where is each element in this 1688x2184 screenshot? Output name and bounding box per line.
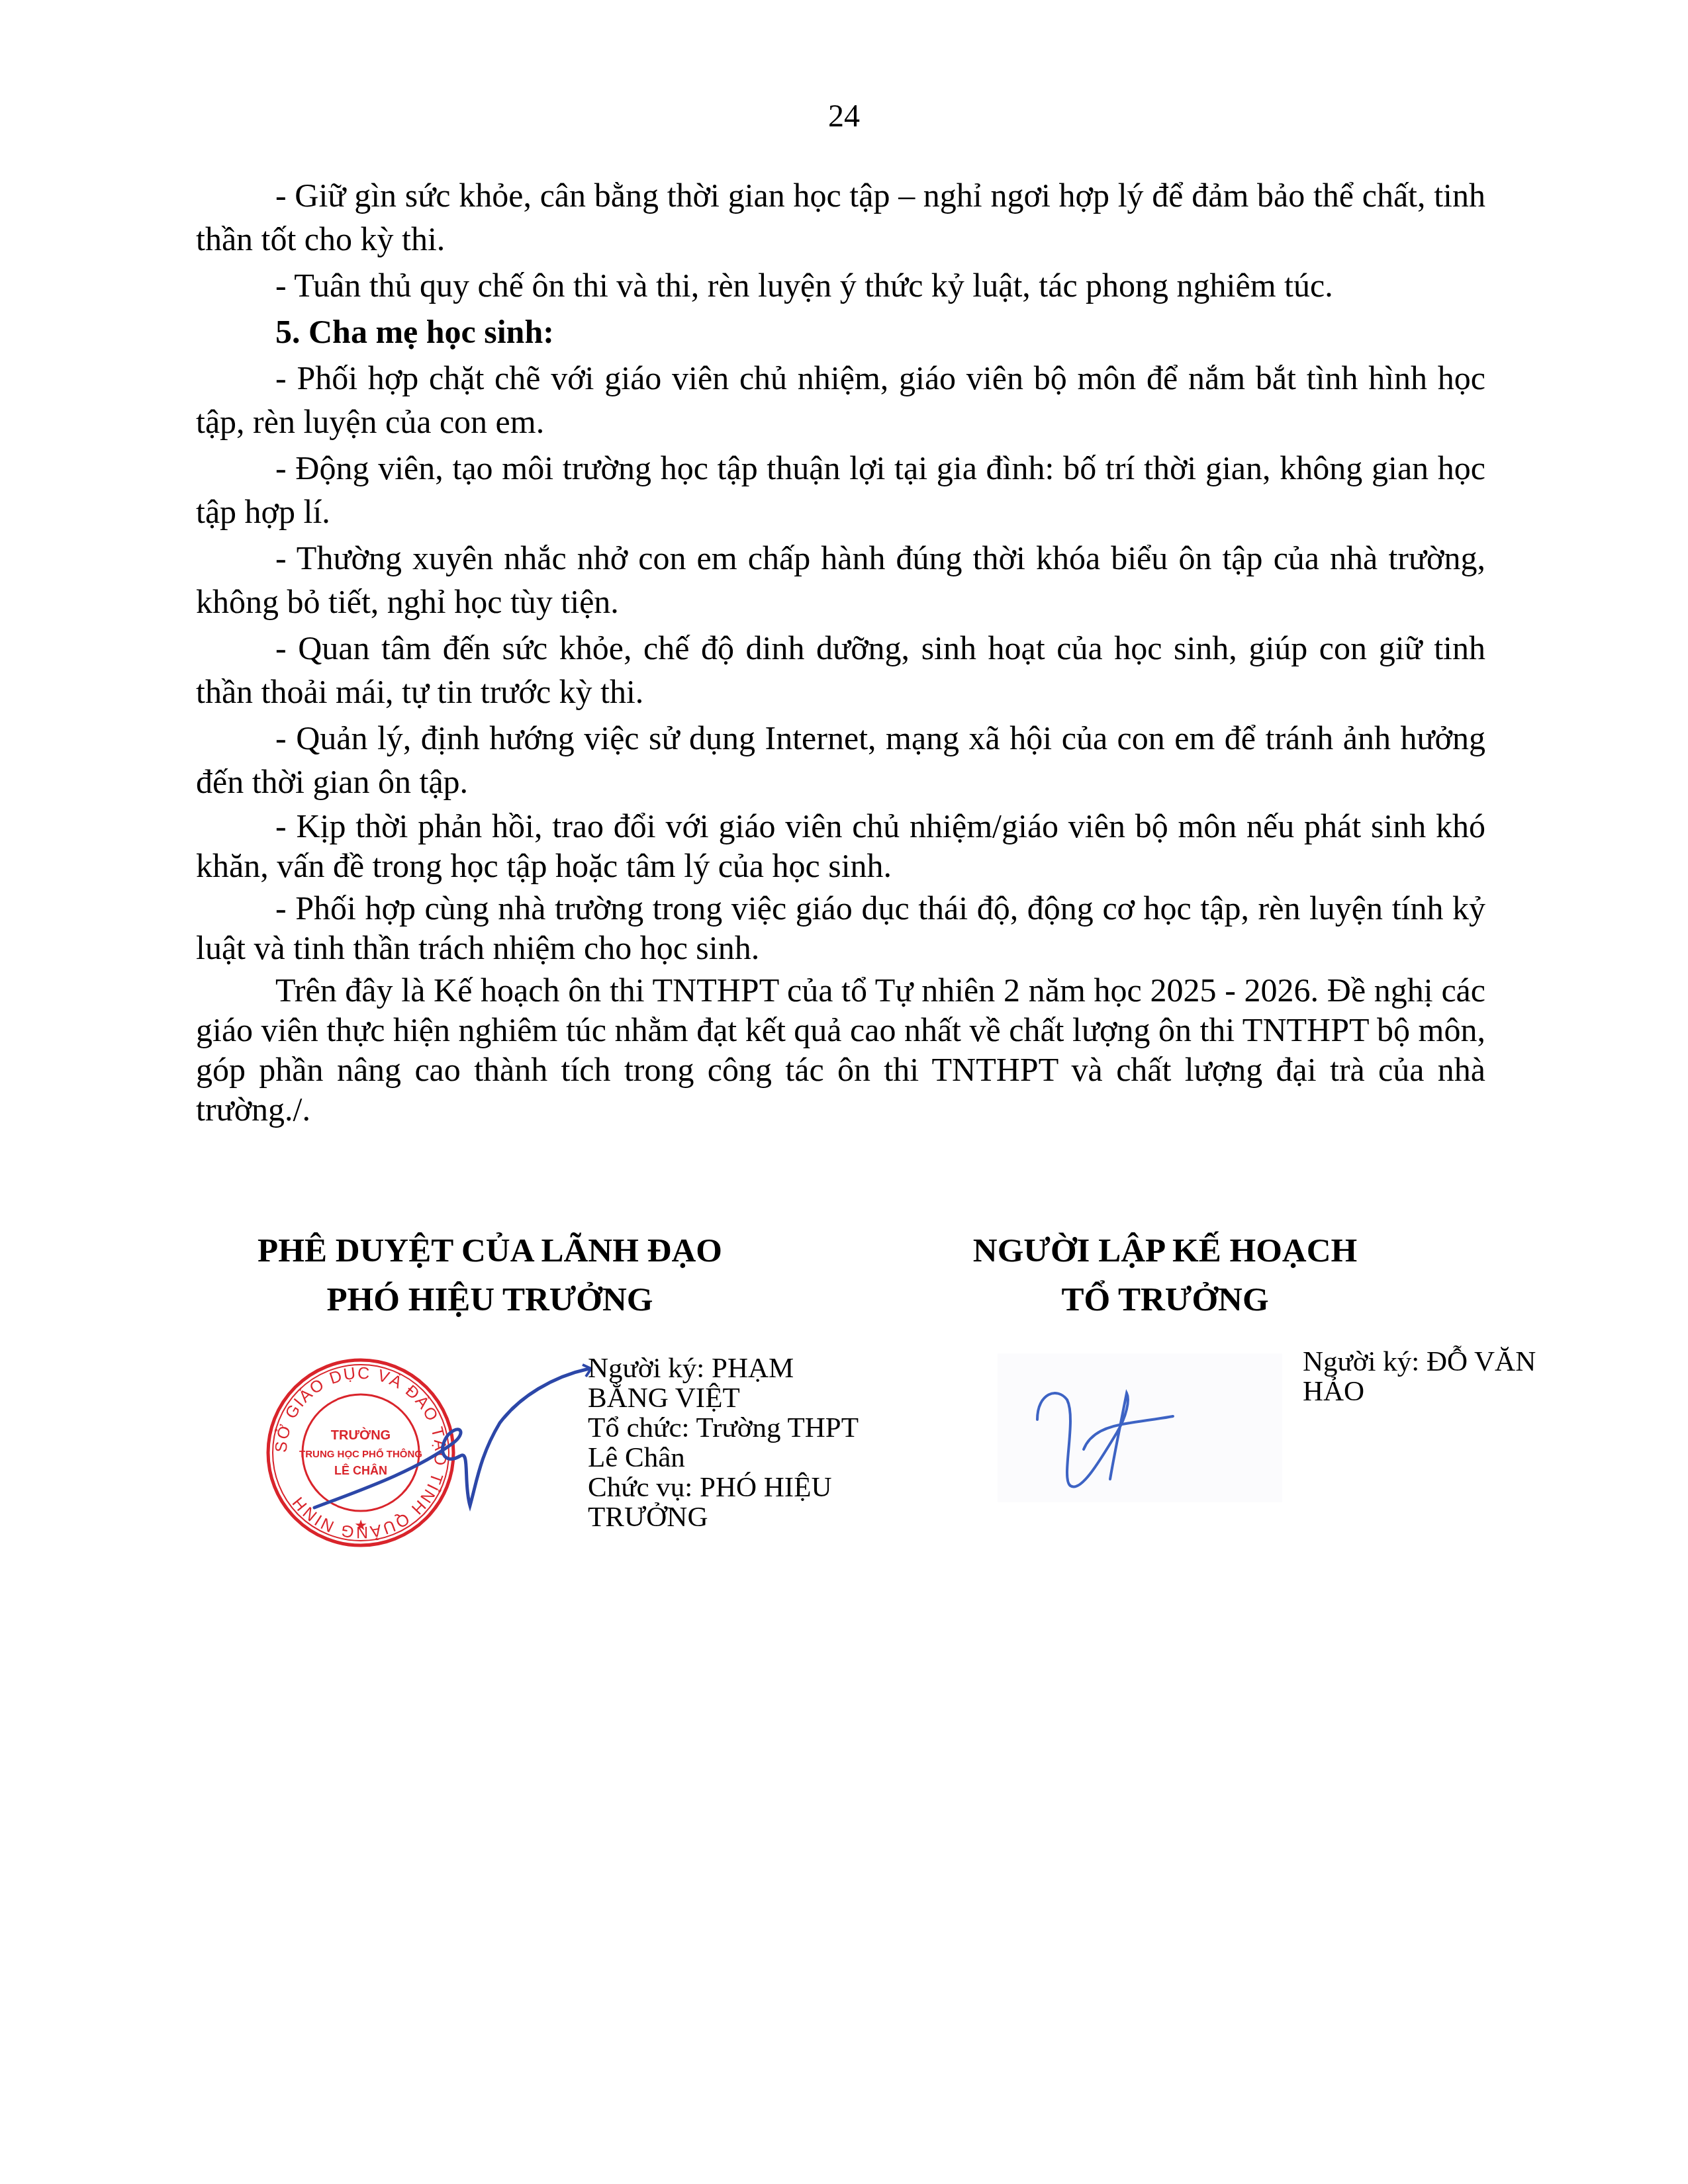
page-number: 24	[0, 98, 1688, 134]
planner-heading: NGƯỜI LẬP KẾ HOẠCH TỔ TRƯỞNG	[900, 1226, 1430, 1324]
section-heading-parents: 5. Cha mẹ học sinh:	[196, 310, 1485, 353]
paragraph-health: - Giữ gìn sức khỏe, cân bằng thời gian h…	[196, 173, 1485, 261]
right-signer-info: Người ký: ĐỖ VĂN HẢO	[1303, 1347, 1581, 1406]
planner-role: TỔ TRƯỞNG	[900, 1275, 1430, 1324]
signer-name-line-2: BẰNG VIỆT	[588, 1383, 879, 1413]
left-signer-info: Người ký: PHẠM BẰNG VIỆT Tổ chức: Trường…	[588, 1353, 879, 1532]
conclusion-paragraph: Trên đây là Kế hoạch ôn thi TNTHPT của t…	[196, 970, 1485, 1129]
signer-name-line-1: Người ký: PHẠM	[588, 1353, 879, 1383]
department-head-signature-box	[998, 1353, 1282, 1502]
signer-name-line-1: Người ký: ĐỖ VĂN	[1303, 1347, 1581, 1377]
paragraph-discipline: - Tuân thủ quy chế ôn thi và thi, rèn lu…	[196, 263, 1485, 307]
parent-item-remind: - Thường xuyên nhắc nhở con em chấp hành…	[196, 536, 1485, 623]
parent-item-health: - Quan tâm đến sức khỏe, chế độ dinh dưỡ…	[196, 626, 1485, 713]
department-head-signature-icon	[998, 1353, 1282, 1502]
document-body: - Giữ gìn sức khỏe, cân bằng thời gian h…	[196, 173, 1485, 1132]
parent-item-internet: - Quản lý, định hướng việc sử dụng Inter…	[196, 716, 1485, 803]
signer-position-line-2: TRƯỞNG	[588, 1502, 879, 1532]
signer-name-line-2: HẢO	[1303, 1377, 1581, 1406]
approval-title: PHÊ DUYỆT CỦA LÃNH ĐẠO	[225, 1226, 755, 1275]
approval-heading: PHÊ DUYỆT CỦA LÃNH ĐẠO PHÓ HIỆU TRƯỞNG	[225, 1226, 755, 1324]
parent-item-feedback: - Kịp thời phản hồi, trao đổi với giáo v…	[196, 806, 1485, 886]
signer-org-line-1: Tổ chức: Trường THPT	[588, 1413, 879, 1443]
planner-title: NGƯỜI LẬP KẾ HOẠCH	[900, 1226, 1430, 1275]
signer-org-line-2: Lê Chân	[588, 1443, 879, 1473]
parent-item-cooperate: - Phối hợp cùng nhà trường trong việc gi…	[196, 888, 1485, 968]
signer-position-line-1: Chức vụ: PHÓ HIỆU	[588, 1473, 879, 1502]
parent-item-coordinate: - Phối hợp chặt chẽ với giáo viên chủ nh…	[196, 356, 1485, 443]
vice-principal-signature-icon	[301, 1350, 592, 1522]
parent-item-encourage: - Động viên, tạo môi trường học tập thuậ…	[196, 446, 1485, 533]
approval-role: PHÓ HIỆU TRƯỞNG	[225, 1275, 755, 1324]
